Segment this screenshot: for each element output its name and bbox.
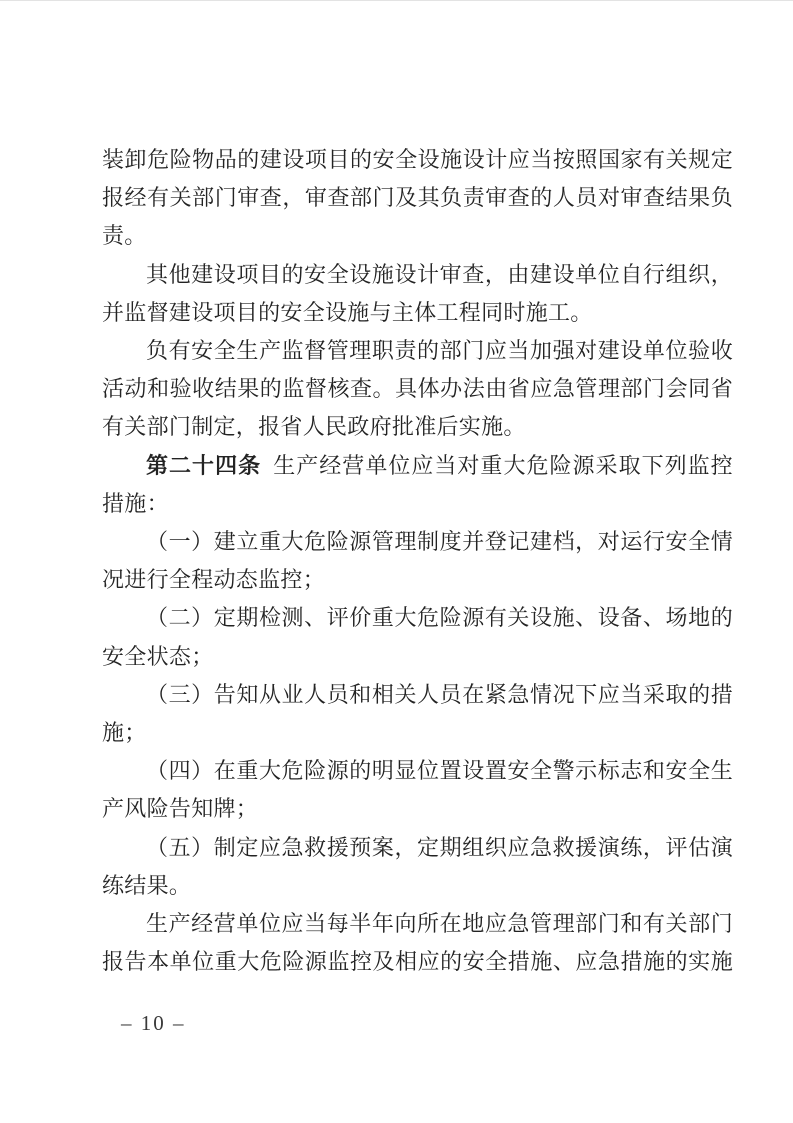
page-number: – 10 –	[121, 1011, 186, 1036]
text-line: （一）建立重大危险源管理制度并登记建档，对运行安全情	[102, 523, 733, 561]
text-line: 有关部门制定，报省人民政府批准后实施。	[102, 408, 733, 446]
text-line: 报经有关部门审查，审查部门及其负责审查的人员对审查结果负	[102, 179, 733, 217]
text-line: 生产经营单位应当每半年向所在地应急管理部门和有关部门	[102, 905, 733, 943]
text-line: 责。	[102, 217, 733, 255]
text-line: 报告本单位重大危险源监控及相应的安全措施、应急措施的实施	[102, 943, 733, 981]
text-line: 产风险告知牌；	[102, 790, 733, 828]
page-number-label: – 10 –	[121, 1011, 186, 1035]
text-line: 练结果。	[102, 867, 733, 905]
article-heading-text: 生产经营单位应当对重大危险源采取下列监控	[273, 453, 733, 478]
text-line: （三）告知从业人员和相关人员在紧急情况下应当采取的措	[102, 676, 733, 714]
text-line: 措施：	[102, 485, 733, 523]
text-line: 并监督建设项目的安全设施与主体工程同时施工。	[102, 294, 733, 332]
text-line: 负有安全生产监督管理职责的部门应当加强对建设单位验收	[102, 332, 733, 370]
document-page: 装卸危险物品的建设项目的安全设施设计应当按照国家有关规定报经有关部门审查，审查部…	[0, 0, 793, 1123]
document-body: 装卸危险物品的建设项目的安全设施设计应当按照国家有关规定报经有关部门审查，审查部…	[102, 141, 733, 981]
article-number: 第二十四条	[146, 453, 261, 478]
text-line: 施；	[102, 714, 733, 752]
text-line: （二）定期检测、评价重大危险源有关设施、设备、场地的	[102, 599, 733, 637]
text-line: 安全状态；	[102, 638, 733, 676]
article-heading-line: 第二十四条生产经营单位应当对重大危险源采取下列监控	[102, 447, 733, 485]
text-line: 装卸危险物品的建设项目的安全设施设计应当按照国家有关规定	[102, 141, 733, 179]
text-line: （五）制定应急救援预案，定期组织应急救援演练，评估演	[102, 829, 733, 867]
text-line: （四）在重大危险源的明显位置设置安全警示标志和安全生	[102, 752, 733, 790]
text-line: 活动和验收结果的监督核查。具体办法由省应急管理部门会同省	[102, 370, 733, 408]
text-line: 其他建设项目的安全设施设计审查，由建设单位自行组织，	[102, 256, 733, 294]
text-line: 况进行全程动态监控；	[102, 561, 733, 599]
